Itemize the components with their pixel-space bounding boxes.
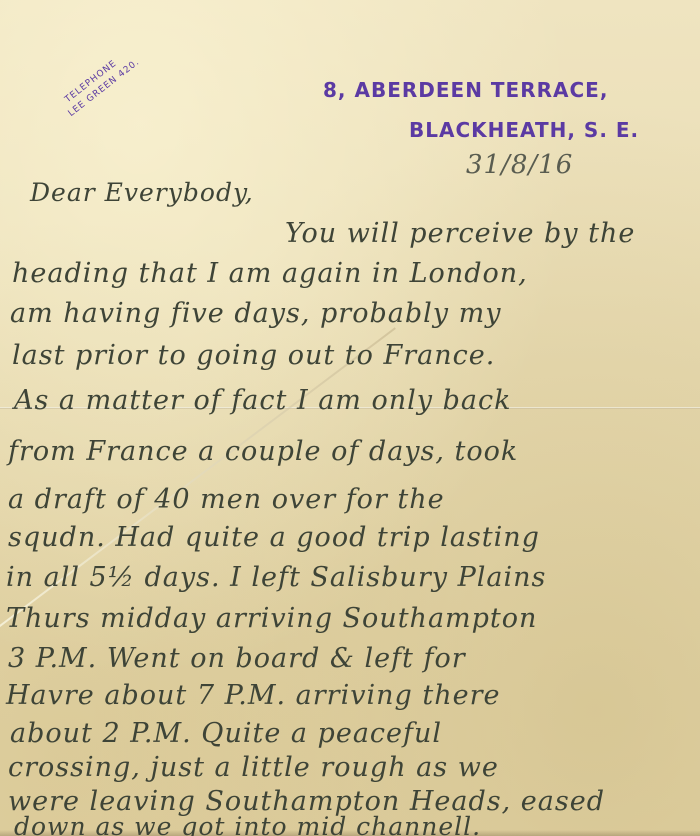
letterhead-telephone: TELEPHONE LEE GREEN 420. — [58, 46, 143, 120]
letter-line: crossing, just a little rough as we — [8, 752, 499, 783]
letter-line: down as we got into mid channell. — [14, 812, 481, 836]
letter-line: am having five days, probably my — [10, 298, 501, 329]
letter-line: in all 5½ days. I left Salisbury Plains — [6, 562, 546, 593]
letter-line: You will perceive by the — [285, 218, 635, 249]
letter-line: squdn. Had quite a good trip lasting — [8, 522, 540, 553]
letterhead-address-line2: BLACKHEATH, S. E. — [409, 118, 639, 142]
letter-date: 31/8/16 — [466, 150, 573, 180]
letter-line: from France a couple of days, took — [8, 436, 518, 467]
letter-line: Thurs midday arriving Southampton — [6, 603, 537, 634]
letter-line: last prior to going out to France. — [12, 340, 495, 371]
letter-salutation: Dear Everybody, — [30, 178, 254, 207]
letter-line: about 2 P.M. Quite a peaceful — [10, 718, 442, 749]
letter-line: As a matter of fact I am only back — [14, 385, 511, 416]
letter-page: TELEPHONE LEE GREEN 420. 8, ABERDEEN TER… — [0, 0, 700, 836]
letter-line: a draft of 40 men over for the — [8, 484, 445, 515]
letterhead-address-line1: 8, ABERDEEN TERRACE, — [323, 78, 608, 102]
letter-line: 3 P.M. Went on board & left for — [8, 643, 466, 674]
letter-line: heading that I am again in London, — [12, 258, 528, 289]
letter-line: Havre about 7 P.M. arriving there — [6, 680, 500, 711]
